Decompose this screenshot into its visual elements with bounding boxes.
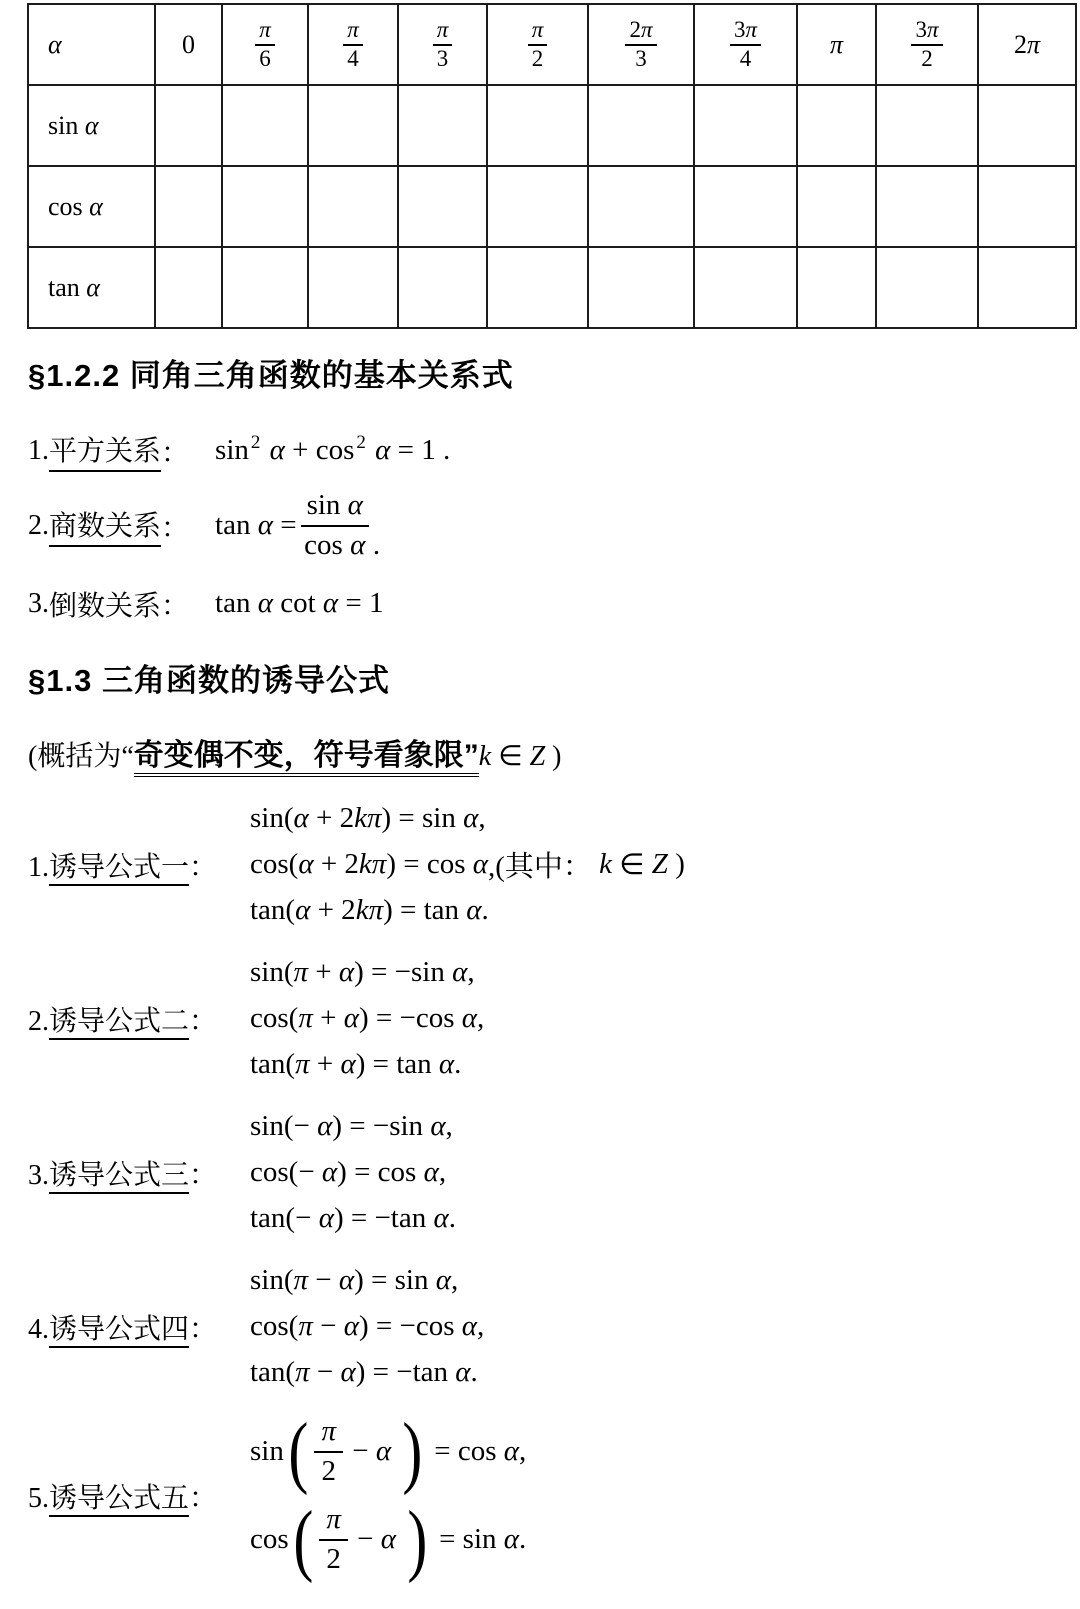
- corner-cell-alpha: α: [28, 4, 155, 85]
- col-header-0: 0: [155, 4, 222, 85]
- relation-quotient: 2.商数关系： tan α = sin αcos α .: [28, 490, 1080, 562]
- formula-line: cos(π2 − α ) = sin α.: [250, 1496, 526, 1584]
- empty-cell: [978, 247, 1076, 328]
- row-header-sin: sin α: [28, 85, 155, 166]
- formula-line: cos(α + 2kπ) = cos α,(其中： k ∈ Z ): [250, 842, 685, 888]
- col-header-pi-4: π4: [308, 4, 398, 85]
- induction-formula-5-label: 诱导公式五: [49, 1483, 189, 1517]
- empty-cell: [797, 247, 876, 328]
- col-header-pi-3: π3: [398, 4, 487, 85]
- empty-cell: [398, 85, 487, 166]
- empty-cell: [487, 247, 588, 328]
- induction-formula-3: 3.诱导公式三： sin(− α) = −sin α, cos(− α) = c…: [28, 1104, 1080, 1242]
- formula-line: sin(π − α) = sin α,: [250, 1258, 484, 1304]
- worksheet-page: α 0 π6 π4 π3 π2 2π3 3π4 π 3π2 2π sin α c…: [0, 0, 1080, 1609]
- empty-cell: [155, 85, 222, 166]
- table-row-tan: tan α: [28, 247, 1076, 328]
- item-number: 2.: [28, 510, 49, 542]
- square-relation-formula: sin2 α + cos2 α = 1 .: [215, 434, 450, 467]
- empty-cell: [487, 85, 588, 166]
- item-number: 3.: [28, 588, 49, 620]
- right-paren: ): [403, 1418, 423, 1486]
- formula-line: tan(α + 2kπ) = tan α.: [250, 888, 685, 934]
- item-number: 1.: [28, 435, 49, 467]
- empty-cell: [876, 247, 978, 328]
- empty-cell: [797, 166, 876, 247]
- empty-cell: [222, 247, 308, 328]
- col-header-3pi-4: 3π4: [694, 4, 797, 85]
- col-header-2pi-3: 2π3: [588, 4, 694, 85]
- empty-cell: [222, 85, 308, 166]
- empty-cell: [876, 166, 978, 247]
- formula-line: tan(π + α) = tan α.: [250, 1042, 484, 1088]
- empty-cell: [978, 166, 1076, 247]
- empty-cell: [694, 166, 797, 247]
- left-paren: (: [293, 1506, 313, 1574]
- trig-values-table: α 0 π6 π4 π3 π2 2π3 3π4 π 3π2 2π sin α c…: [27, 3, 1077, 329]
- right-paren: ): [408, 1506, 428, 1574]
- empty-cell: [588, 166, 694, 247]
- empty-cell: [398, 166, 487, 247]
- col-header-pi-6: π6: [222, 4, 308, 85]
- relation-reciprocal-label: 倒数关系: [49, 584, 161, 624]
- induction-formula-4: 4.诱导公式四： sin(π − α) = sin α, cos(π − α) …: [28, 1258, 1080, 1396]
- col-header-pi: π: [797, 4, 876, 85]
- empty-cell: [588, 247, 694, 328]
- alpha-label: α: [48, 30, 62, 59]
- relation-square: 1.平方关系： sin2 α + cos2 α = 1 .: [28, 429, 1080, 472]
- induction-formula-2-label: 诱导公式二: [49, 1006, 189, 1040]
- empty-cell: [155, 166, 222, 247]
- induction-formula-1-label: 诱导公式一: [49, 852, 189, 886]
- empty-cell: [694, 247, 797, 328]
- formula-line: sin(α + 2kπ) = sin α,: [250, 796, 685, 842]
- empty-cell: [308, 85, 398, 166]
- section-heading-122: §1.2.2 同角三角函数的基本关系式: [28, 357, 1080, 395]
- formula-line: tan(π − α) = −tan α.: [250, 1350, 484, 1396]
- table-header-row: α 0 π6 π4 π3 π2 2π3 3π4 π 3π2 2π: [28, 4, 1076, 85]
- empty-cell: [398, 247, 487, 328]
- mnemonic-note: (概括为“奇变偶不变，符号看象限”k ∈ Z ): [28, 730, 1080, 774]
- formula-line: cos(π + α) = −cos α,: [250, 996, 484, 1042]
- empty-cell: [797, 85, 876, 166]
- induction-formula-4-label: 诱导公式四: [49, 1314, 189, 1348]
- empty-cell: [155, 247, 222, 328]
- relation-quotient-label: 商数关系: [49, 504, 161, 547]
- empty-cell: [308, 166, 398, 247]
- induction-formula-1: 1.诱导公式一： sin(α + 2kπ) = sin α, cos(α + 2…: [28, 796, 1080, 934]
- reciprocal-relation-formula: tan α cot α = 1: [215, 587, 383, 620]
- col-header-pi-2: π2: [487, 4, 588, 85]
- induction-formula-5: 5.诱导公式五： sin(π2 − α ) = cos α, cos(π2 − …: [28, 1408, 1080, 1584]
- col-header-2pi: 2π: [978, 4, 1076, 85]
- table-row-sin: sin α: [28, 85, 1076, 166]
- induction-formula-3-label: 诱导公式三: [49, 1160, 189, 1194]
- empty-cell: [222, 166, 308, 247]
- formula-line: cos(− α) = cos α,: [250, 1150, 456, 1196]
- section-heading-13: §1.3 三角函数的诱导公式: [28, 662, 1080, 700]
- formula-line: cos(π − α) = −cos α,: [250, 1304, 484, 1350]
- left-paren: (: [288, 1418, 308, 1486]
- empty-cell: [978, 85, 1076, 166]
- induction-formula-2: 2.诱导公式二： sin(π + α) = −sin α, cos(π + α)…: [28, 950, 1080, 1088]
- formula-line: sin(− α) = −sin α,: [250, 1104, 456, 1150]
- formula-line: sin(π2 − α ) = cos α,: [250, 1408, 526, 1496]
- relation-square-label: 平方关系: [49, 429, 161, 472]
- formula-line: tan(− α) = −tan α.: [250, 1196, 456, 1242]
- formula-line: sin(π + α) = −sin α,: [250, 950, 484, 996]
- row-header-cos: cos α: [28, 166, 155, 247]
- empty-cell: [876, 85, 978, 166]
- quotient-relation-formula: tan α = sin αcos α .: [215, 490, 380, 562]
- row-header-tan: tan α: [28, 247, 155, 328]
- mnemonic-phrase: 奇变偶不变，符号看象限”: [134, 739, 479, 777]
- relation-reciprocal: 3.倒数关系： tan α cot α = 1: [28, 584, 1080, 624]
- empty-cell: [308, 247, 398, 328]
- col-header-3pi-2: 3π2: [876, 4, 978, 85]
- empty-cell: [588, 85, 694, 166]
- table-row-cos: cos α: [28, 166, 1076, 247]
- empty-cell: [487, 166, 588, 247]
- empty-cell: [694, 85, 797, 166]
